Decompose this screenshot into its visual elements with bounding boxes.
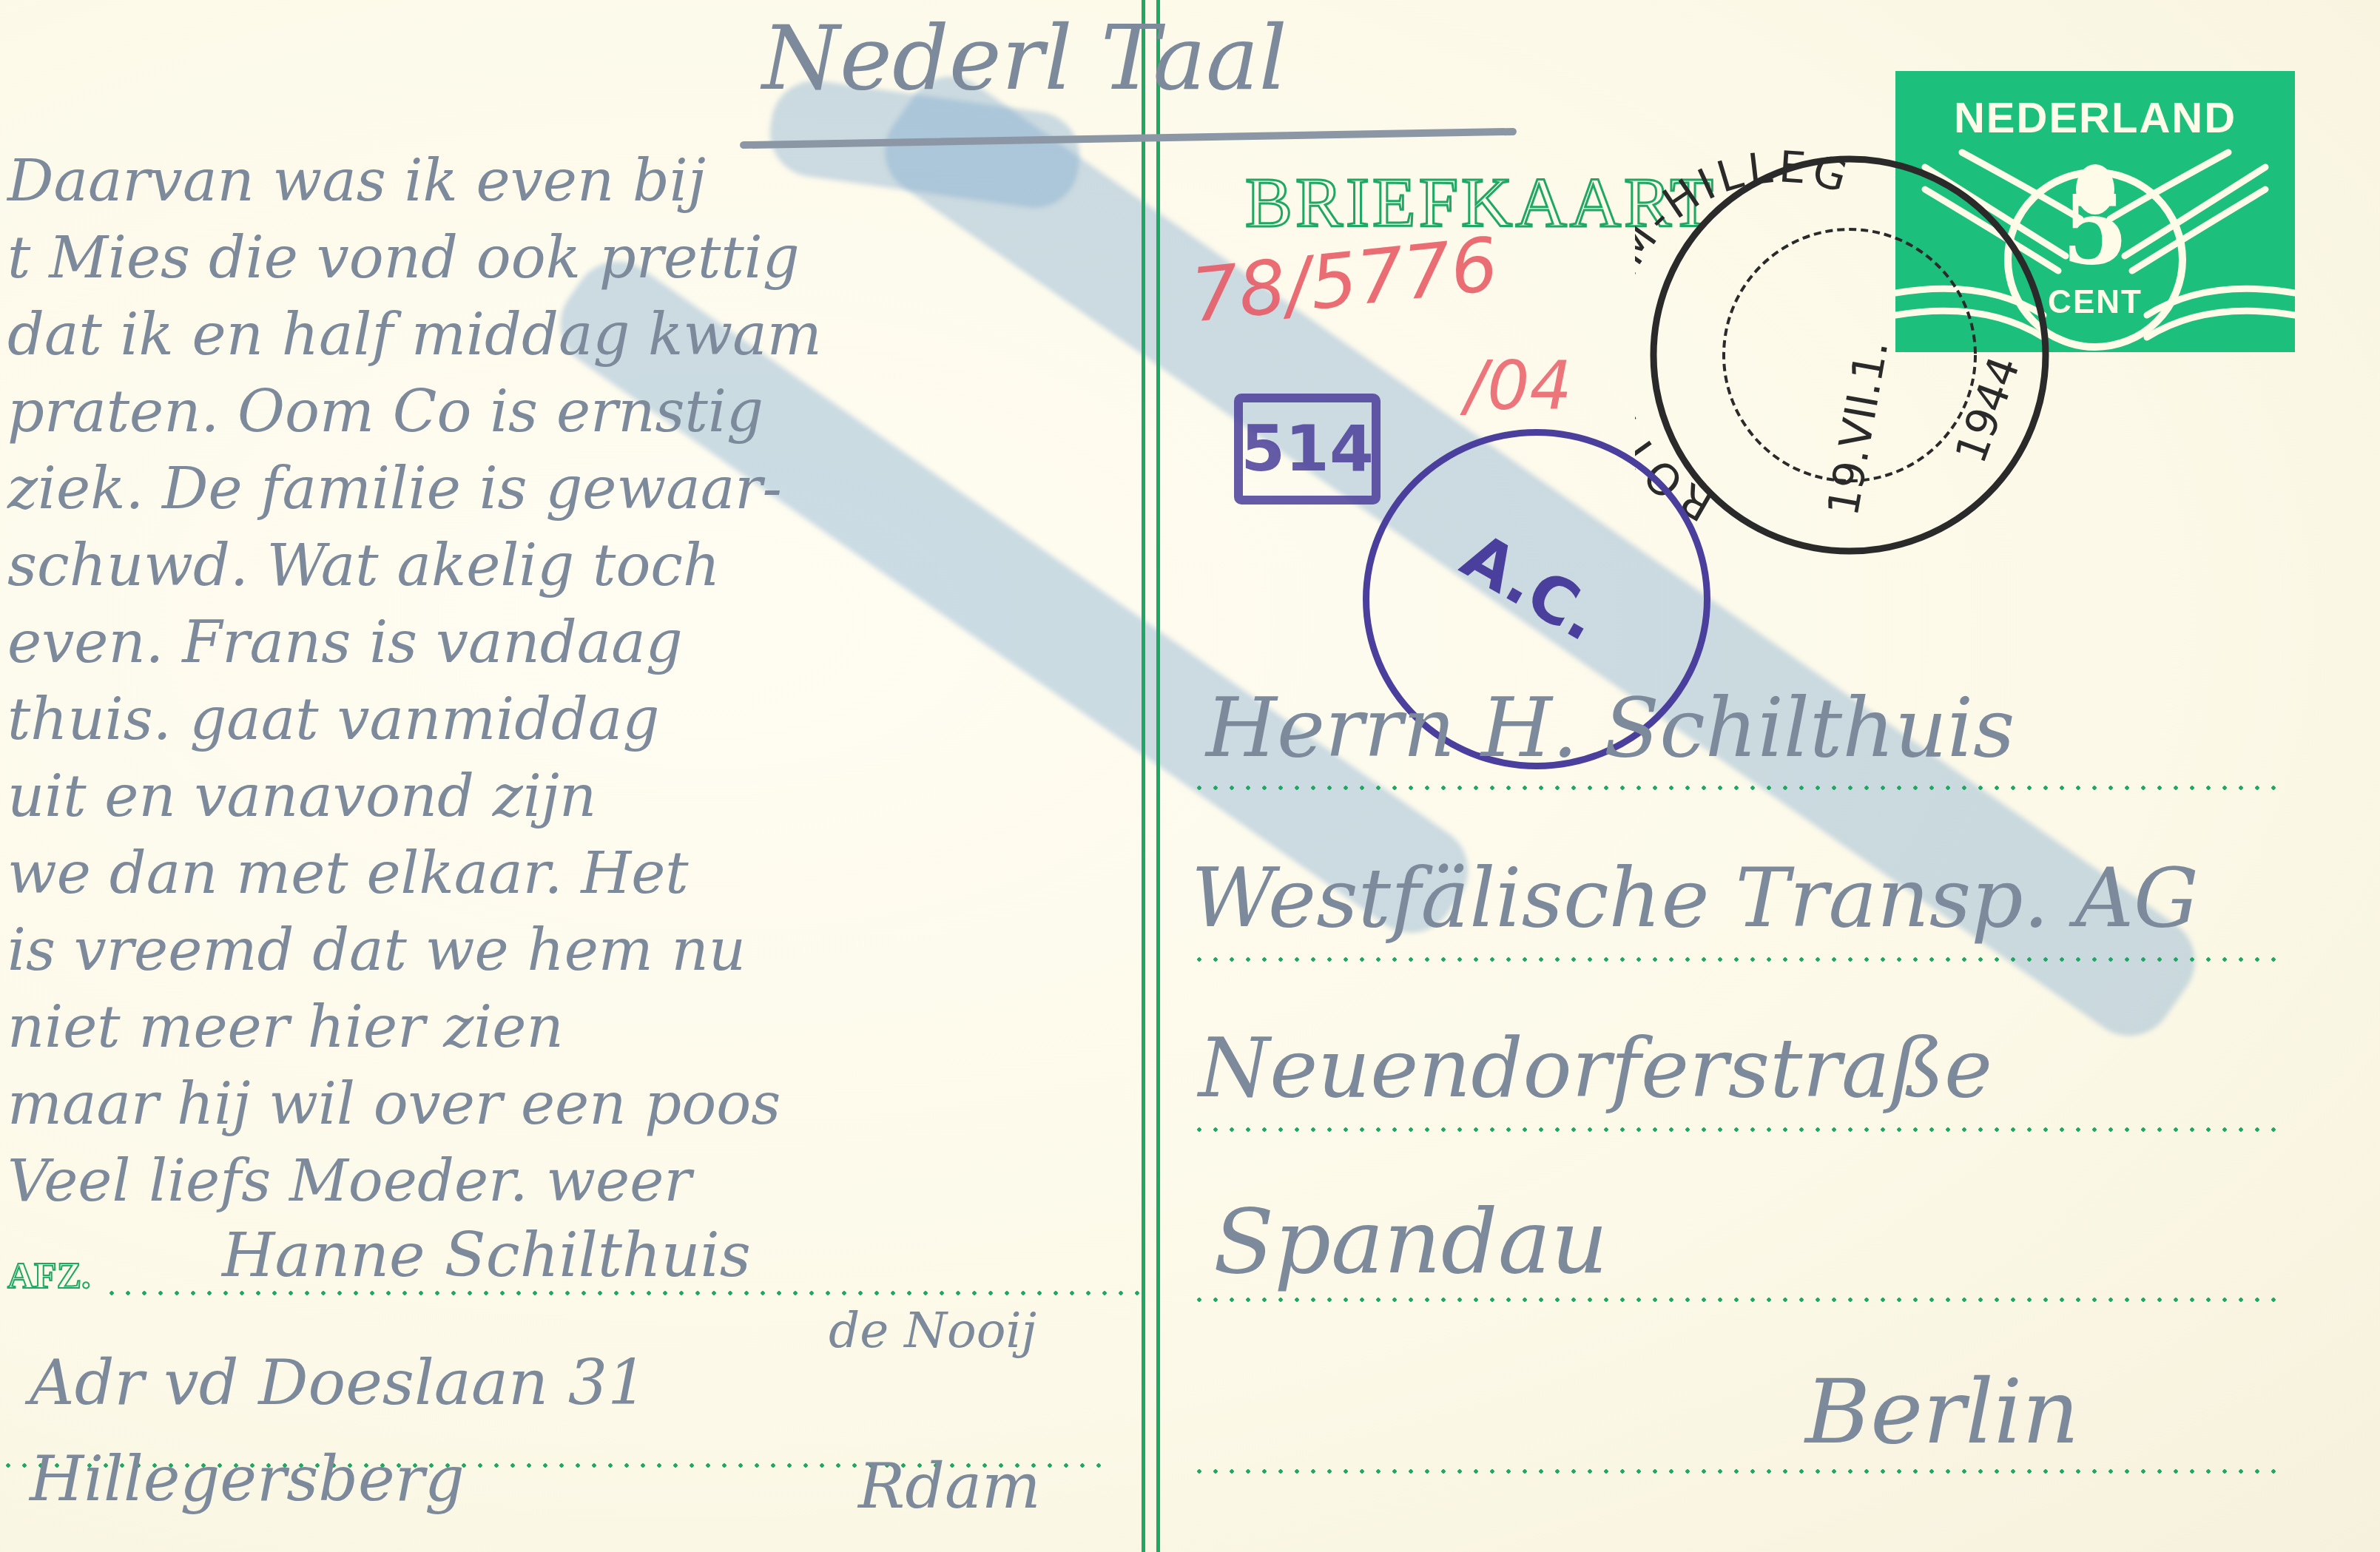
message-line: praten. Oom Co is ernstig [7,379,763,445]
postmark-cancel: ROTTERDAM-HILLEGERSB... 19.VII.1. 1944 [1635,148,2064,562]
message-line: we dan met elkaar. Het [7,840,689,907]
address-line-1: Herrn H. Schilthuis [1206,681,2015,775]
postcard: BRIEFKAART NEDERLAND 5 CENT [0,0,2380,1552]
sender-street: Adr vd Doeslaan 31 [30,1346,647,1419]
address-dotted-line [1191,1298,2286,1302]
sender-extra: de Nooij [829,1302,1036,1359]
center-divider-right [1156,0,1160,1552]
red-pencil-sub: /04 [1465,348,1572,425]
stamp-country: NEDERLAND [1895,93,2295,143]
address-dotted-line [1191,1469,2286,1474]
address-dotted-line [1191,957,2286,962]
address-line-2: Westfälische Transp. AG [1191,851,2199,945]
message-line: Veel liefs Moeder. weer [7,1148,692,1215]
message-line: even. Frans is vandaag [7,610,683,676]
sender-dotted-line [104,1291,1139,1295]
sender-city-short: Rdam [858,1450,1041,1522]
censor-ac-text: A.C. [1449,519,1612,656]
message-line: is vreemd dat we hem nu [7,917,746,984]
center-divider-left [1142,0,1145,1552]
address-dotted-line [1191,786,2286,790]
message-line: Daarvan was ik even bij [7,148,706,215]
message-line: ziek. De familie is gewaar- [7,456,782,522]
message-line: t Mies die vond ook prettig [7,225,800,291]
message-line: niet meer hier zien [7,994,564,1061]
address-line-5: Berlin [1805,1361,2080,1464]
red-pencil-note: 78/5776 [1187,221,1502,340]
address-line-4: Spandau [1213,1191,1608,1294]
message-line: uit en vanavond zijn [7,763,596,830]
heading-note: Nederl Taal [762,7,1287,110]
censor-box-stamp: 514 [1234,394,1381,505]
sender-city: Hillegersberg [30,1443,465,1515]
address-line-3: Neuendorferstraße [1199,1021,1992,1116]
message-line: schuwd. Wat akelig toch [7,533,720,599]
sender-label: AFZ. [7,1254,91,1297]
message-line: maar hij wil over een poos [7,1071,781,1138]
message-line: dat ik en half middag kwam [7,302,822,368]
address-dotted-line [1191,1127,2286,1132]
sender-name: Hanne Schilthuis [222,1221,751,1291]
postmark-date: 19.VII.1. [1818,336,1898,519]
message-line: thuis. gaat vanmiddag [7,686,659,753]
